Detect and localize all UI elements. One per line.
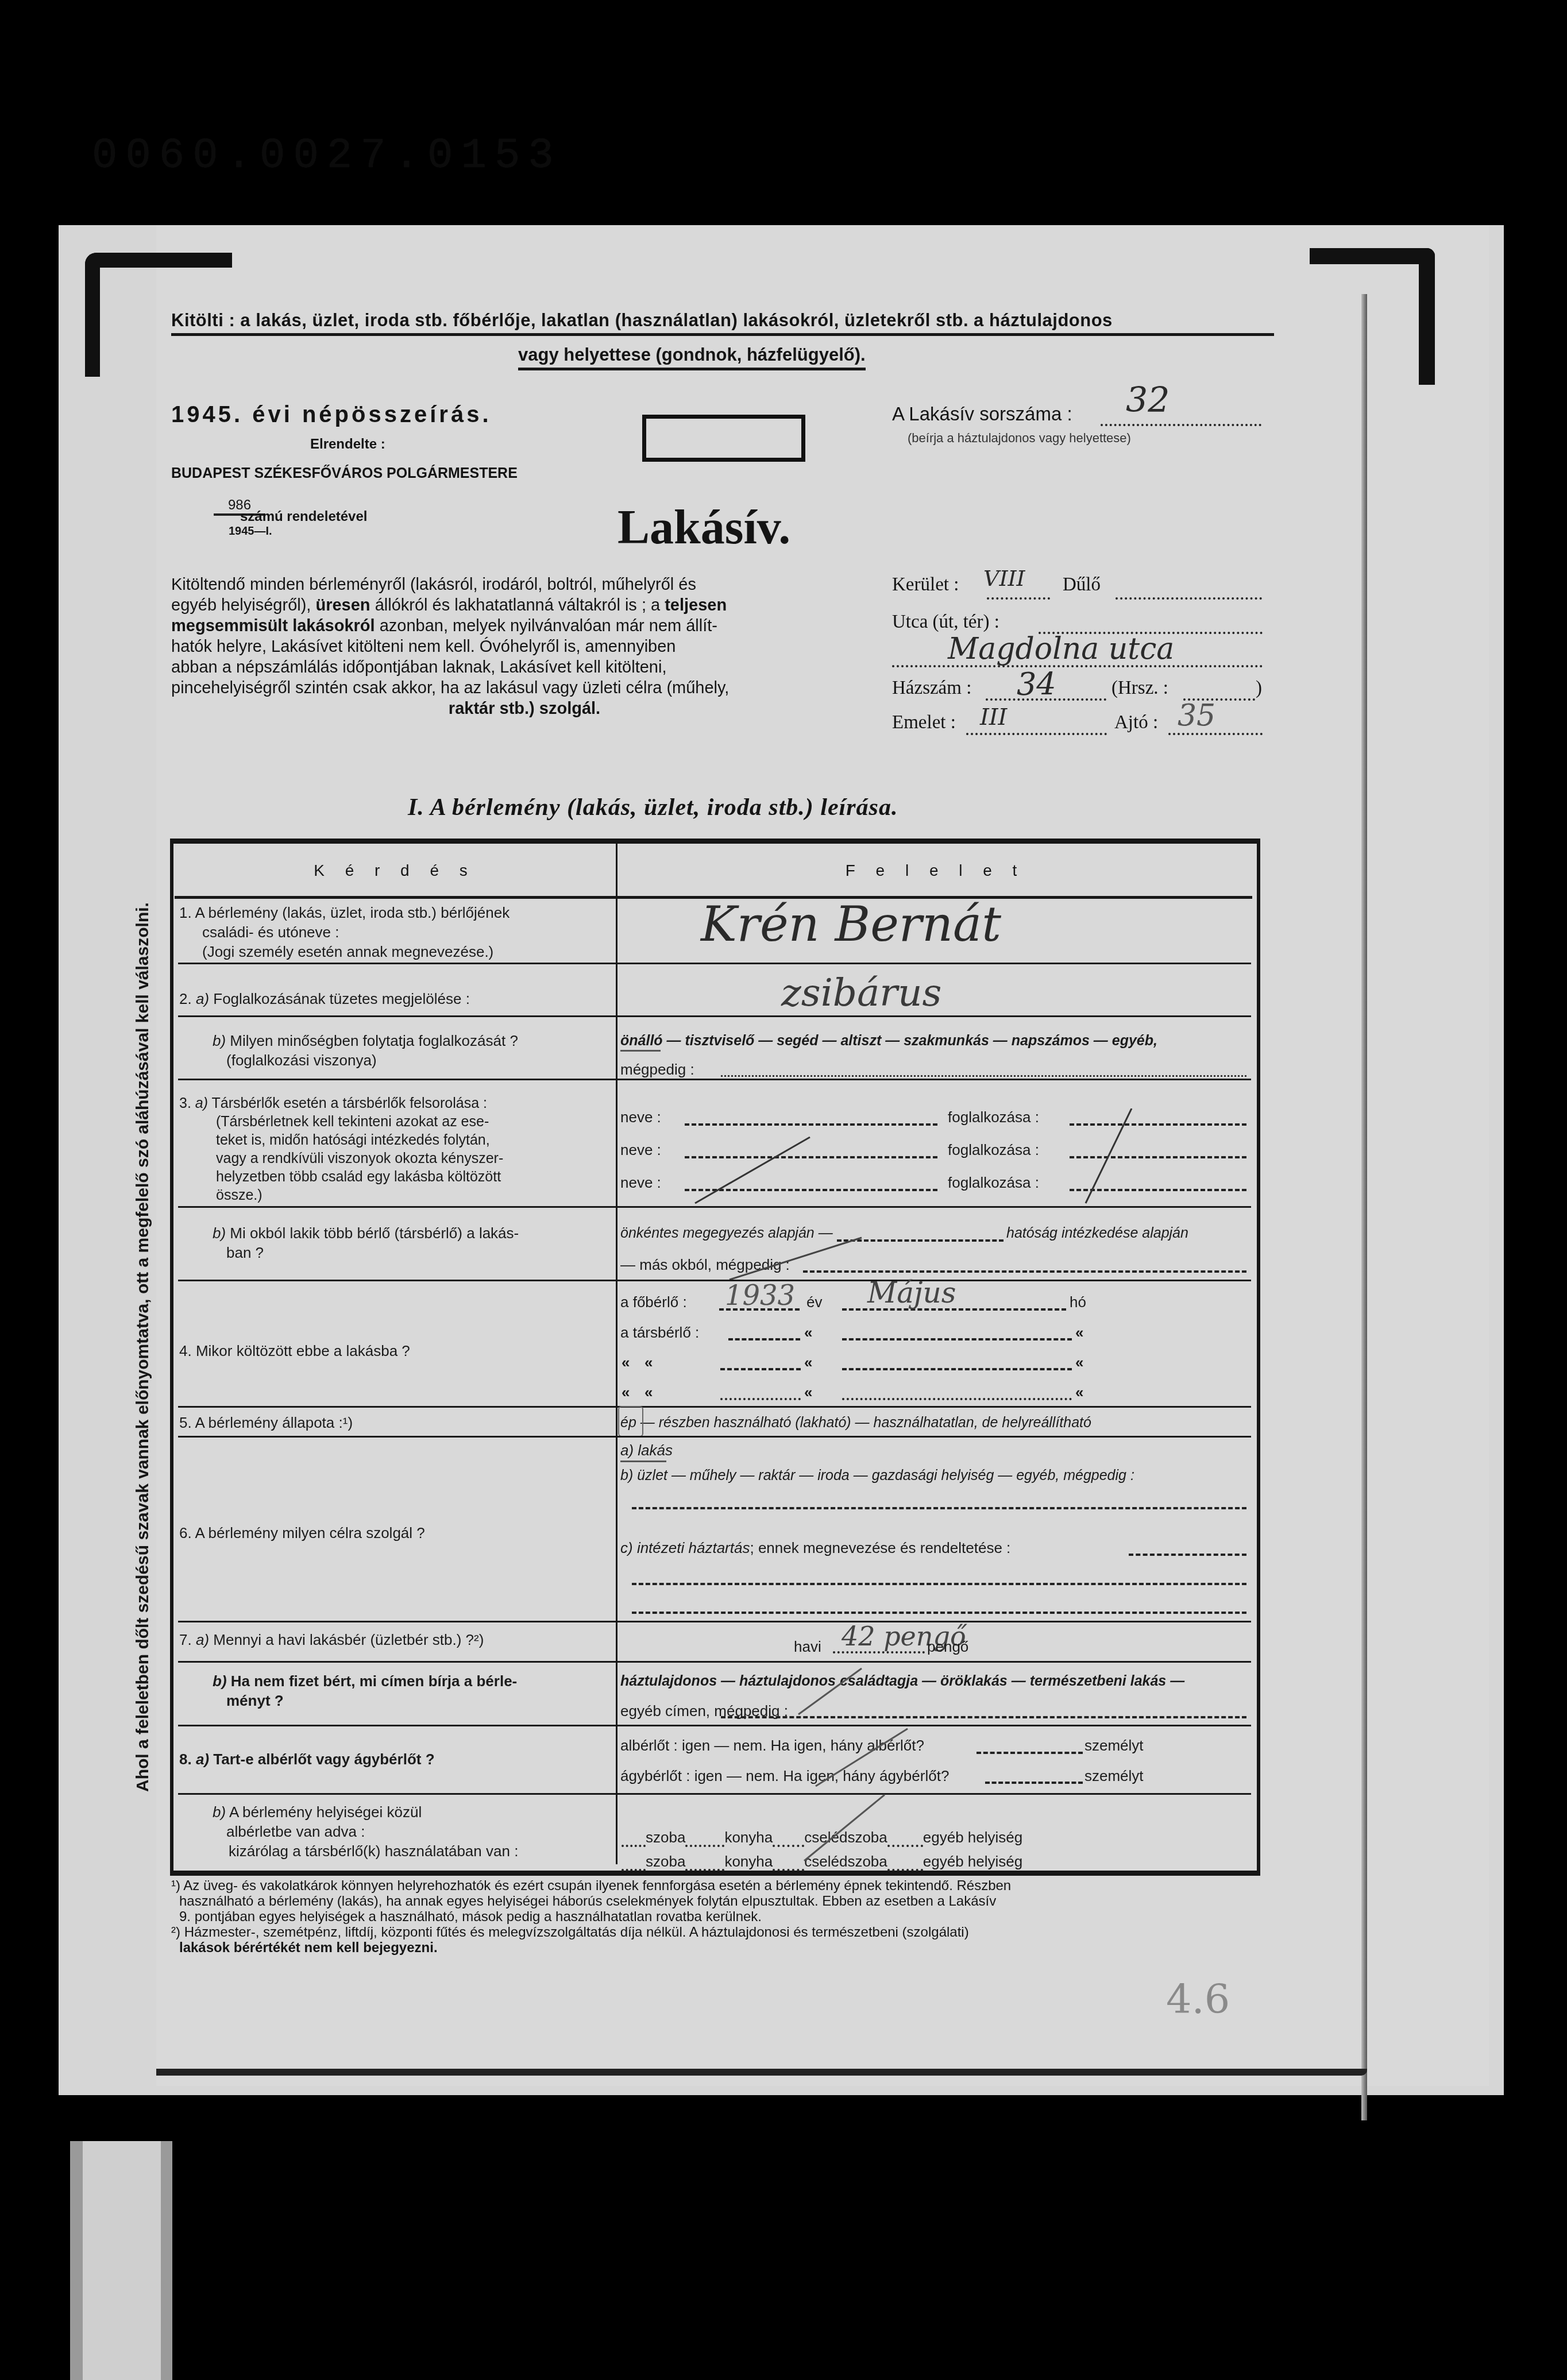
serial-label: A Lakásív sorszáma : [892,403,1072,425]
subtenant-count-field[interactable] [977,1752,1083,1754]
strike-through-marks [735,1666,965,1867]
ditto-mark: « [1075,1353,1083,1372]
field-label: Dűlő [1063,574,1101,596]
street-label: Utca (út, tér) : [892,612,999,633]
row-4-question: 4. Mikor költözött ebbe a lakásba ? [179,1341,410,1361]
form-title: Lakásív. [617,500,790,555]
decree-year: 1945—I. [229,525,272,538]
move-in-month[interactable]: Május [867,1276,956,1309]
row-rule [178,1793,1251,1795]
institution-field-2[interactable] [632,1583,1246,1585]
row-7a-question: 7. a) Mennyi a havi lakásbér (üzletbér s… [179,1630,484,1649]
intro-line: megsemmisült lakásokról azonban, melyek … [171,616,878,636]
floor-field-line [966,733,1107,735]
row-8b-question: b) A bérlemény helyiségei közül albérlet… [213,1802,518,1861]
row-rule [178,1436,1251,1438]
instruction-line-1: Kitölti : a lakás, üzlet, iroda stb. főb… [171,310,1274,336]
hrsz-label: (Hrsz. : [1111,678,1168,699]
street-value[interactable]: Magdolna utca [948,632,1174,666]
district-field-line [987,597,1050,600]
film-leader-strip [70,2141,172,2380]
ditto-mark: « [644,1382,653,1402]
bedtenant-count-field[interactable] [985,1782,1083,1784]
institution-field-1[interactable] [1129,1554,1246,1556]
row-2b-question: b) Milyen minőségben folytatja foglalkoz… [213,1031,518,1070]
row-rule [178,1015,1251,1017]
serial-note: (beírja a háztulajdonos vagy helyettese) [908,431,1131,446]
instruction-line-2: vagy helyettese (gondnok, házfelügyelő). [518,345,866,370]
ditto-mark: « [644,1353,653,1372]
co-tenant-2-month-field[interactable] [842,1368,1072,1370]
floor-value[interactable]: III [980,704,1007,731]
intro-paragraph: Kitöltendő minden bérleményről (lakásról… [171,574,878,719]
persons-label: személyt [1084,1736,1144,1755]
door-field-line [1168,733,1263,735]
cotenant-2-name-label: neve : [620,1140,661,1160]
cotenant-3-name-label: neve : [620,1173,661,1192]
office-use-box[interactable] [642,415,805,462]
institution-field-3[interactable] [632,1612,1246,1614]
film-id: 0060.0027.0153 [92,132,562,180]
strike-through-mark [718,1235,890,1281]
ditto-mark: « [804,1353,812,1372]
page-bottom-edge [156,2069,1367,2076]
purpose-detail-field-1[interactable] [632,1507,1246,1509]
employment-status-selected-underline [620,1050,661,1052]
employment-detail-field[interactable] [721,1075,1246,1077]
ordered-by: BUDAPEST SZÉKESFŐVÁROS POLGÁRMESTERE [171,465,518,482]
row-rule [178,1621,1251,1622]
page-edge-shadow [1361,294,1367,2120]
intro-line: pincehelyiségről szintén csak akkor, ha … [171,678,878,698]
header-answer: F e l e l e t [618,861,1252,880]
co-tenant-move-label: a társbérlő : [620,1323,699,1342]
serial-value[interactable]: 32 [1126,380,1170,420]
intro-line: egyéb helyiségről), üresen állókról és l… [171,595,878,616]
row-rule [178,1406,1251,1408]
footnote-1-cont: használható a bérlemény (lakás), ha anna… [171,1894,1265,1909]
persons-label: személyt [1084,1766,1144,1786]
tenant-name[interactable]: Krén Bernát [701,896,1001,952]
decree-suffix: számú rendeletével [240,509,367,525]
door-label: Ajtó : [1114,712,1158,733]
intro-line: hatók helyre, Lakásívet kitölteni nem ke… [171,636,878,657]
ditto-mark: « [622,1382,630,1402]
co-tenant-3-month-field[interactable] [842,1398,1072,1400]
strike-through-marks [678,1108,1252,1206]
row-5-question: 5. A bérlemény állapota :¹) [179,1413,353,1432]
occupation-value[interactable]: zsibárus [781,971,941,1015]
co-tenant-2-year-field[interactable] [720,1368,801,1370]
column-divider [616,843,617,1864]
district-label: Kerület : [892,574,959,596]
footnote-1-cont: 9. pontjában egyes helyiségek a használh… [171,1909,1265,1925]
co-tenant-year-field[interactable] [728,1338,800,1340]
row-rule [178,1661,1251,1663]
margin-handwritten-note: 4.6 [1166,1976,1230,2023]
ditto-mark: « [1075,1323,1083,1342]
footnotes: ¹) Az üveg- és vakolatkárok könnyen hely… [171,1878,1265,1956]
floor-label: Emelet : [892,712,956,733]
header-question: K é r d é s [173,861,616,880]
section-title: I. A bérlemény (lakás, üzlet, iroda stb.… [408,794,898,821]
condition-options[interactable]: ép — részben használható (lakható) — has… [620,1413,1091,1432]
month-label: hó [1070,1292,1086,1312]
door-value[interactable]: 35 [1178,698,1215,733]
row-1-question: 1. A bérlemény (lakás, üzlet, iroda stb.… [179,903,610,961]
purpose-selected-underline [620,1461,666,1462]
serial-field-line [1101,424,1261,426]
corner-mark-top-right [1310,248,1435,385]
field-input-line[interactable] [1116,597,1262,600]
move-in-year[interactable]: 1933 [725,1280,795,1312]
house-number-label: Házszám : [892,678,971,699]
reason-option-authority[interactable]: hatóság intézkedése alapján [1006,1223,1188,1243]
district-value[interactable]: VIII [983,566,1025,591]
condition-selected-circle [618,1406,643,1437]
hrsz-close: ) [1256,678,1262,699]
row-8a-question: 8. a) Tart-e albérlőt vagy ágybérlőt ? [179,1749,435,1769]
currency-label: pengő [927,1637,968,1656]
purpose-option-c[interactable]: c) intézeti háztartás; ennek megnevezése… [620,1538,1010,1558]
row-3b-question: b) Mi okból lakik több bérlő (társbérlő)… [213,1223,519,1262]
row-2a-question: 2. a) Foglalkozásának tüzetes megjelölés… [179,989,470,1009]
ditto-mark: « [622,1353,630,1372]
footnote-1: ¹) Az üveg- és vakolatkárok könnyen hely… [171,1878,1265,1894]
main-tenant-label: a főbérlő : [620,1292,687,1312]
employment-status-options[interactable]: önálló — tisztviselő — segéd — altiszt —… [620,1031,1157,1050]
year-label: év [806,1292,822,1312]
co-tenant-3-year-field[interactable] [720,1398,801,1400]
row-rule [178,1206,1251,1208]
row-rule [178,1280,1251,1281]
house-number-value[interactable]: 34 [1017,666,1056,702]
purpose-option-b[interactable]: b) üzlet — műhely — raktár — iroda — gaz… [620,1466,1134,1485]
cotenant-1-name-label: neve : [620,1107,661,1127]
row-7b-question: b) Ha nem fizet bért, mi címen bírja a b… [213,1671,517,1710]
footnote-2: ²) Házmester-, szemétpénz, liftdíj, közp… [171,1925,1265,1940]
ditto-mark: « [1075,1382,1083,1402]
co-tenant-month-field[interactable] [842,1338,1072,1340]
monthly-label: havi [794,1637,821,1656]
purpose-option-a[interactable]: a) lakás [620,1440,673,1460]
intro-line: abban a népszámlálás időpontjában laknak… [171,657,878,678]
footnote-2-cont: lakások bérértékét nem kell bejegyezni. [171,1940,1265,1956]
intro-line: raktár stb.) szolgál. [171,698,878,719]
census-title: 1945. évi népösszeírás. [171,402,492,428]
row-rule [178,1725,1251,1726]
row-6-question: 6. A bérlemény milyen célra szolgál ? [179,1523,425,1543]
row-rule [178,1079,1251,1080]
intro-line: Kitöltendő minden bérleményről (lakásról… [171,574,878,595]
row-rule [178,963,1251,964]
mégpedig-label: mégpedig : [620,1060,694,1079]
side-note-vertical: Ahol a feleletben dőlt szedésű szavak va… [133,884,153,1792]
ditto-mark: « [804,1323,812,1342]
row-3a-question: 3. a) Társbérlők esetén a társbérlők fel… [179,1094,613,1204]
ordered-by-label: Elrendelte : [310,436,385,453]
ditto-mark: « [804,1382,812,1402]
